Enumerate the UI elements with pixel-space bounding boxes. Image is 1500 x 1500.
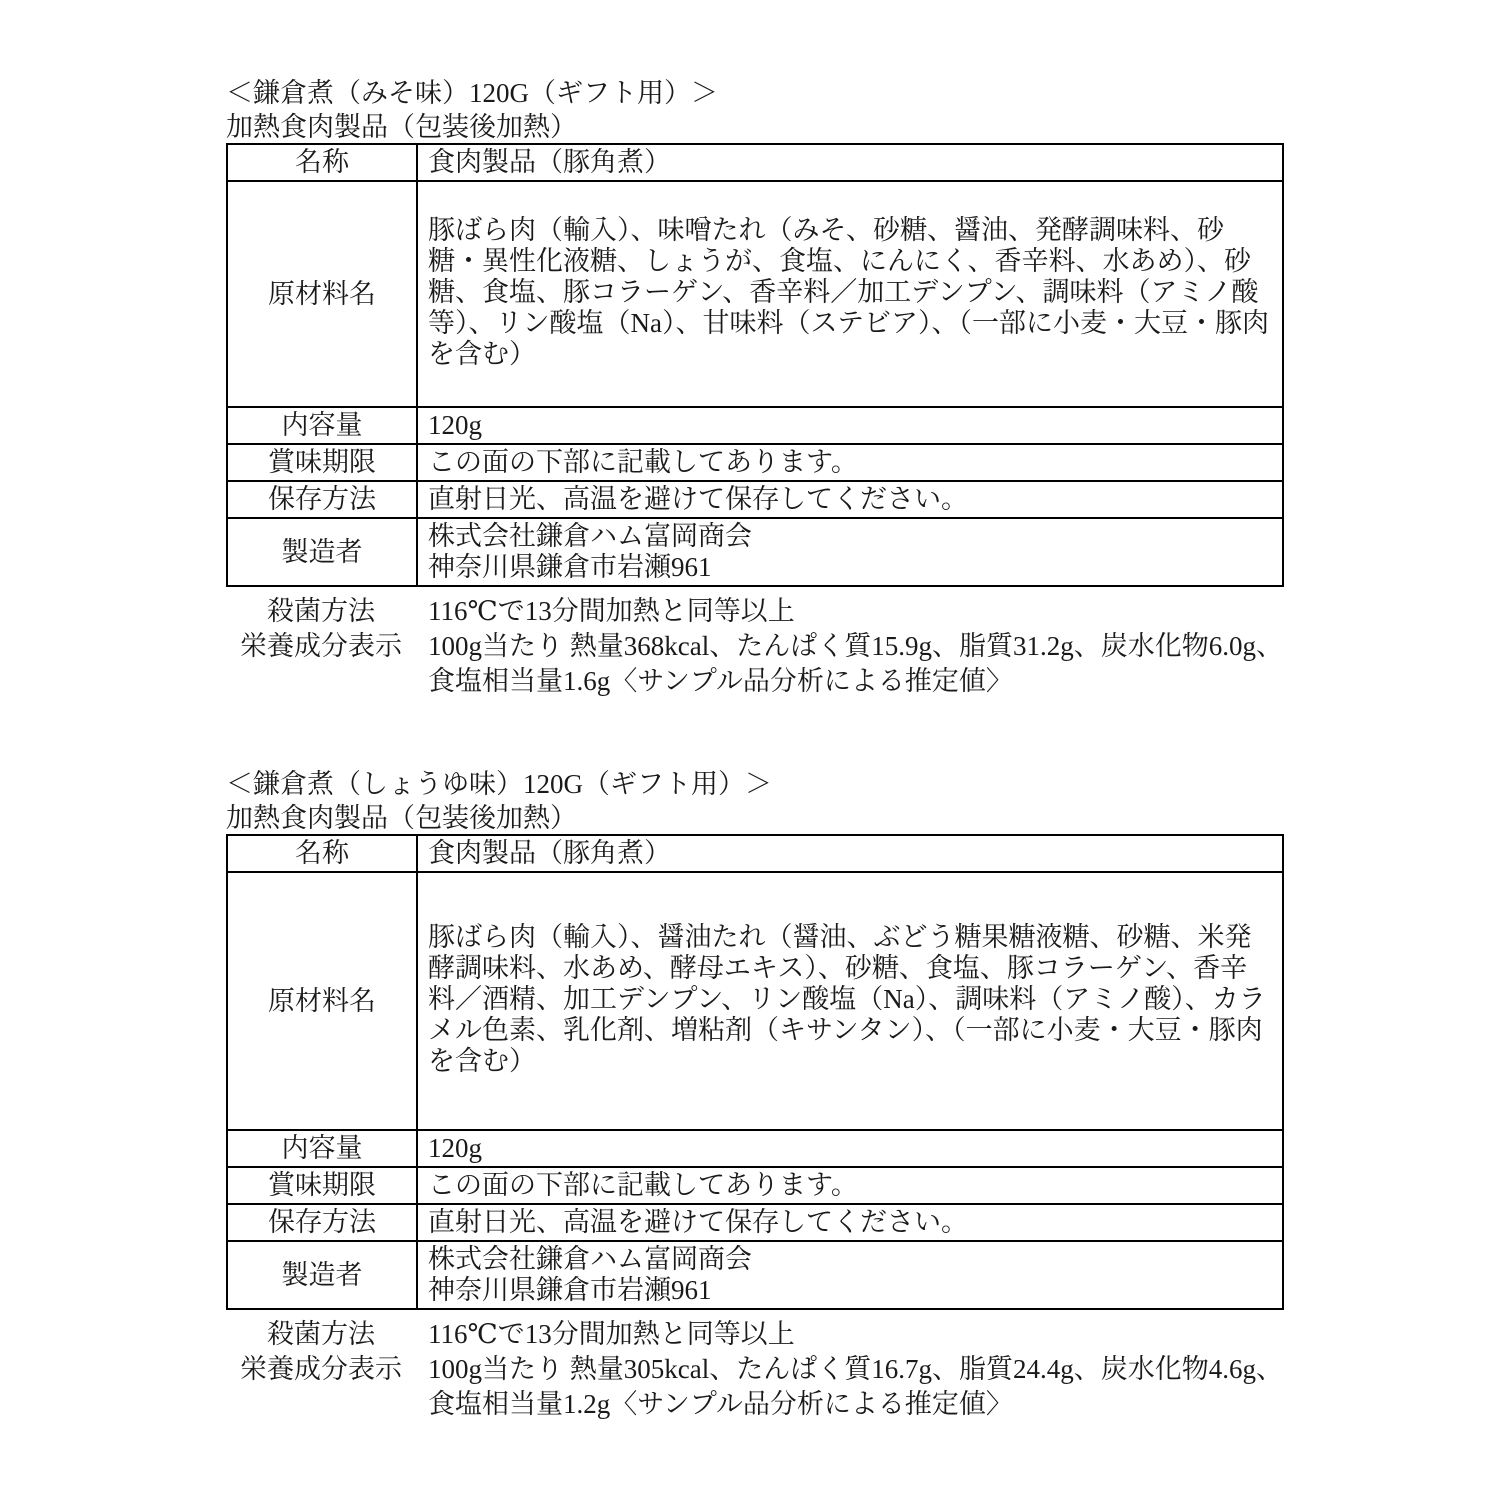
row-label: 名称 [227, 144, 417, 181]
footer-row: 殺菌方法 116℃で13分間加熱と同等以上 [226, 594, 1284, 629]
footer-rows: 殺菌方法 116℃で13分間加熱と同等以上 栄養成分表示 100g当たり 熱量3… [226, 1317, 1284, 1422]
footer-row: 栄養成分表示 100g当たり 熱量368kcal、たんぱく質15.9g、脂質31… [226, 629, 1284, 699]
row-value: この面の下部に記載してあります。 [417, 444, 1283, 481]
row-label: 原材料名 [227, 872, 417, 1130]
row-label: 名称 [227, 835, 417, 872]
spec-table: 名称 食肉製品（豚角煮） 原材料名 豚ばら肉（輸入）、味噌たれ（みそ、砂糖、醤油… [226, 143, 1284, 587]
table-row: 原材料名 豚ばら肉（輸入）、醤油たれ（醤油、ぶどう糖果糖液糖、砂糖、米発酵調味料… [227, 872, 1283, 1130]
table-row: 保存方法 直射日光、高温を避けて保存してください。 [227, 1204, 1283, 1241]
table-row: 製造者 株式会社鎌倉ハム富岡商会 神奈川県鎌倉市岩瀬961 [227, 1241, 1283, 1309]
row-value: 120g [417, 407, 1283, 444]
table-row: 内容量 120g [227, 407, 1283, 444]
footer-value: 100g当たり 熱量305kcal、たんぱく質16.7g、脂質24.4g、炭水化… [416, 1352, 1284, 1422]
footer-label: 殺菌方法 [226, 594, 416, 629]
label-sheets: ＜鎌倉煮（みそ味）120G（ギフト用）＞ 加熱食肉製品（包装後加熱） 名称 食肉… [226, 76, 1284, 1422]
row-label: 賞味期限 [227, 1167, 417, 1204]
row-label: 製造者 [227, 518, 417, 586]
spec-table-body: 名称 食肉製品（豚角煮） 原材料名 豚ばら肉（輸入）、味噌たれ（みそ、砂糖、醤油… [227, 144, 1283, 586]
footer-rows: 殺菌方法 116℃で13分間加熱と同等以上 栄養成分表示 100g当たり 熱量3… [226, 594, 1284, 699]
footer-value: 116℃で13分間加熱と同等以上 [416, 594, 1284, 629]
row-value: 株式会社鎌倉ハム富岡商会 神奈川県鎌倉市岩瀬961 [417, 518, 1283, 586]
row-value: 120g [417, 1130, 1283, 1167]
footer-value: 116℃で13分間加熱と同等以上 [416, 1317, 1284, 1352]
spec-table-body: 名称 食肉製品（豚角煮） 原材料名 豚ばら肉（輸入）、醤油たれ（醤油、ぶどう糖果… [227, 835, 1283, 1309]
product-title: ＜鎌倉煮（しょうゆ味）120G（ギフト用）＞ [226, 767, 1284, 802]
row-label: 賞味期限 [227, 444, 417, 481]
row-value: 豚ばら肉（輸入）、味噌たれ（みそ、砂糖、醤油、発酵調味料、砂糖・異性化液糖、しょ… [417, 181, 1283, 407]
product-label-2: ＜鎌倉煮（しょうゆ味）120G（ギフト用）＞ 加熱食肉製品（包装後加熱） 名称 … [226, 767, 1284, 1422]
table-row: 原材料名 豚ばら肉（輸入）、味噌たれ（みそ、砂糖、醤油、発酵調味料、砂糖・異性化… [227, 181, 1283, 407]
footer-row: 栄養成分表示 100g当たり 熱量305kcal、たんぱく質16.7g、脂質24… [226, 1352, 1284, 1422]
row-value: この面の下部に記載してあります。 [417, 1167, 1283, 1204]
footer-label: 殺菌方法 [226, 1317, 416, 1352]
row-label: 保存方法 [227, 1204, 417, 1241]
table-row: 賞味期限 この面の下部に記載してあります。 [227, 1167, 1283, 1204]
row-value: 直射日光、高温を避けて保存してください。 [417, 1204, 1283, 1241]
row-label: 製造者 [227, 1241, 417, 1309]
footer-label: 栄養成分表示 [226, 1352, 416, 1422]
table-row: 名称 食肉製品（豚角煮） [227, 144, 1283, 181]
spec-table: 名称 食肉製品（豚角煮） 原材料名 豚ばら肉（輸入）、醤油たれ（醤油、ぶどう糖果… [226, 834, 1284, 1310]
row-label: 内容量 [227, 407, 417, 444]
table-row: 製造者 株式会社鎌倉ハム富岡商会 神奈川県鎌倉市岩瀬961 [227, 518, 1283, 586]
page: ＜鎌倉煮（みそ味）120G（ギフト用）＞ 加熱食肉製品（包装後加熱） 名称 食肉… [0, 0, 1500, 1500]
product-title: ＜鎌倉煮（みそ味）120G（ギフト用）＞ [226, 76, 1284, 111]
footer-row: 殺菌方法 116℃で13分間加熱と同等以上 [226, 1317, 1284, 1352]
product-label-1: ＜鎌倉煮（みそ味）120G（ギフト用）＞ 加熱食肉製品（包装後加熱） 名称 食肉… [226, 76, 1284, 699]
footer-value: 100g当たり 熱量368kcal、たんぱく質15.9g、脂質31.2g、炭水化… [416, 629, 1284, 699]
row-label: 保存方法 [227, 481, 417, 518]
product-subtitle: 加熱食肉製品（包装後加熱） [226, 111, 1284, 143]
table-row: 内容量 120g [227, 1130, 1283, 1167]
row-label: 原材料名 [227, 181, 417, 407]
row-label: 内容量 [227, 1130, 417, 1167]
row-value: 食肉製品（豚角煮） [417, 144, 1283, 181]
row-value: 直射日光、高温を避けて保存してください。 [417, 481, 1283, 518]
table-row: 賞味期限 この面の下部に記載してあります。 [227, 444, 1283, 481]
product-subtitle: 加熱食肉製品（包装後加熱） [226, 802, 1284, 834]
table-row: 保存方法 直射日光、高温を避けて保存してください。 [227, 481, 1283, 518]
row-value: 食肉製品（豚角煮） [417, 835, 1283, 872]
row-value: 株式会社鎌倉ハム富岡商会 神奈川県鎌倉市岩瀬961 [417, 1241, 1283, 1309]
footer-label: 栄養成分表示 [226, 629, 416, 699]
row-value: 豚ばら肉（輸入）、醤油たれ（醤油、ぶどう糖果糖液糖、砂糖、米発酵調味料、水あめ、… [417, 872, 1283, 1130]
table-row: 名称 食肉製品（豚角煮） [227, 835, 1283, 872]
